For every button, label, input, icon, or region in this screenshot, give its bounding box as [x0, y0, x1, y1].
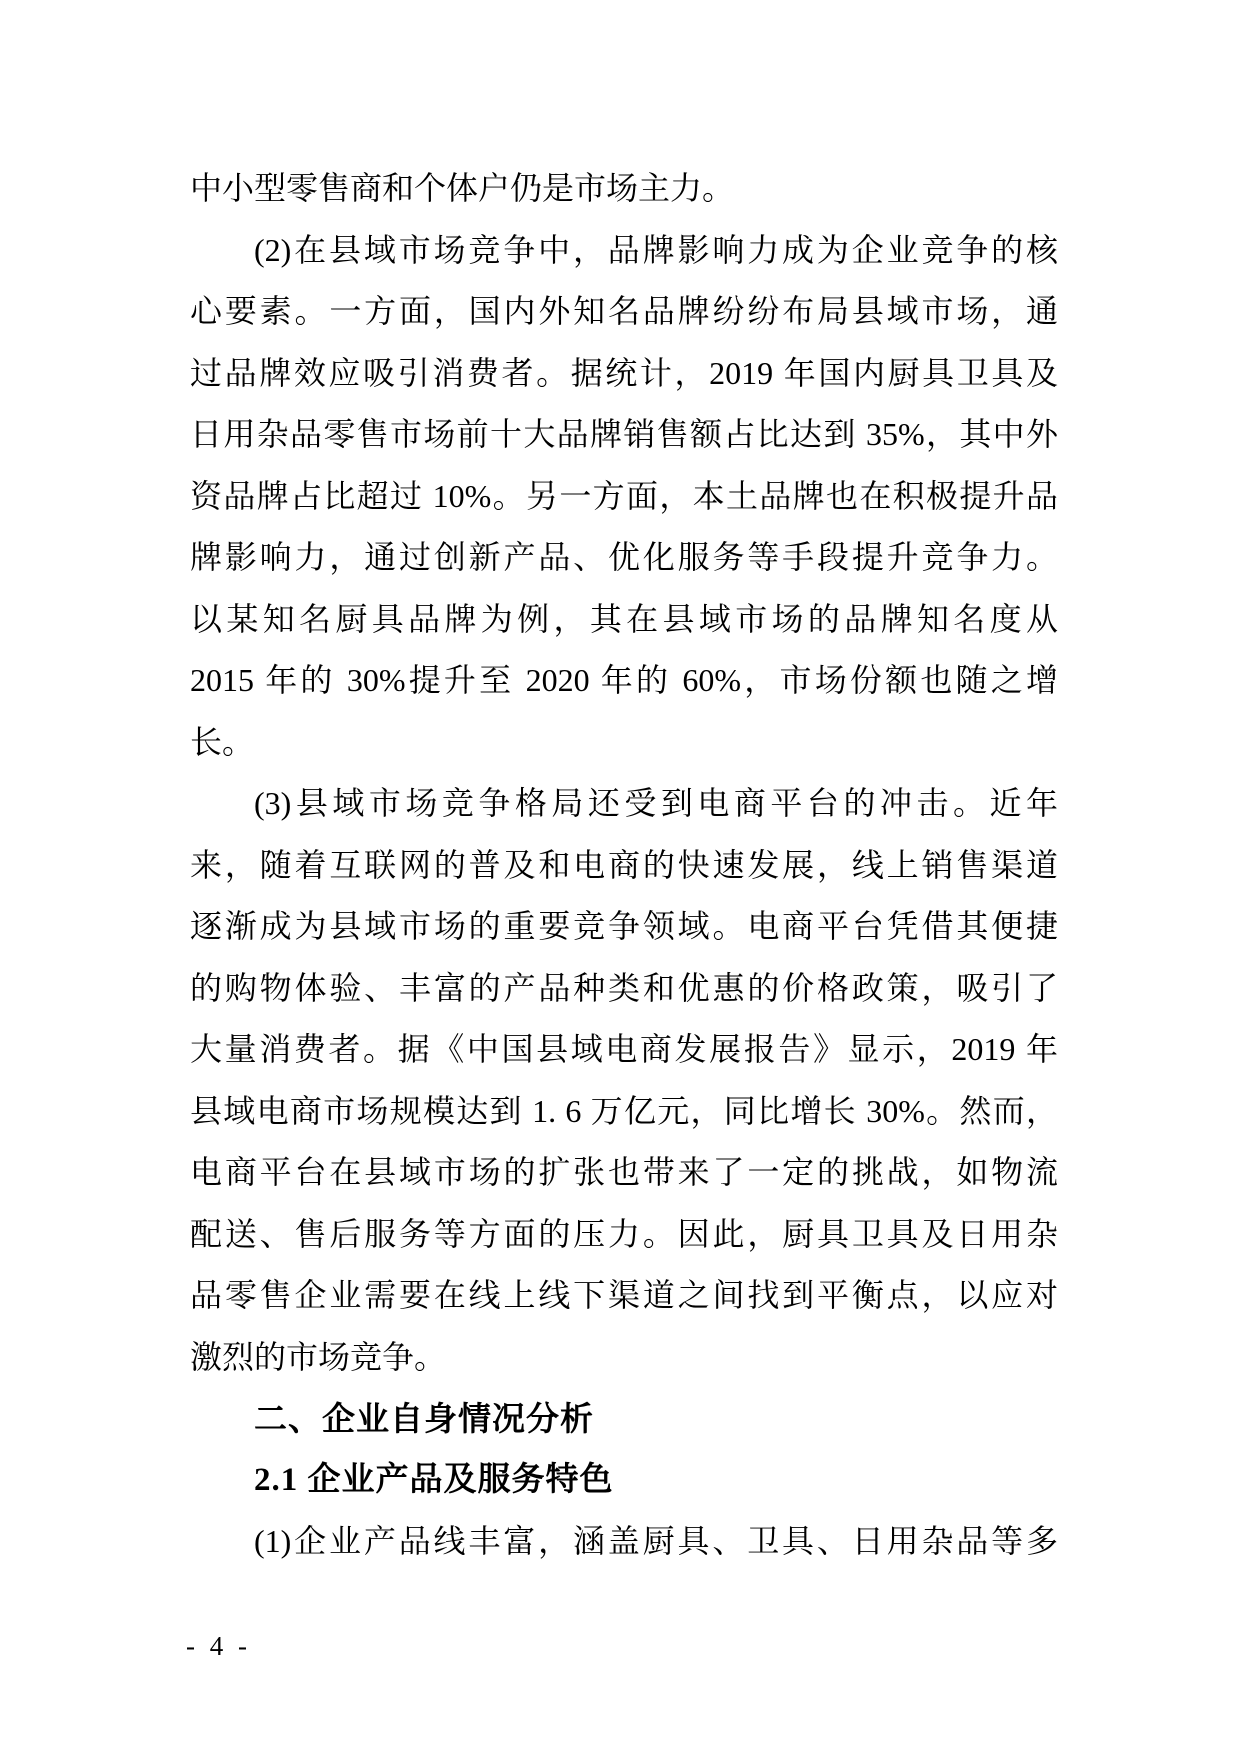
text-line: (1)企业产品线丰富，涵盖厨具、卫具、日用杂品等多	[190, 1511, 1058, 1573]
text-line: 电商平台在县域市场的扩张也带来了一定的挑战，如物流	[190, 1142, 1058, 1204]
text-line: 2015 年的 30%提升至 2020 年的 60%，市场份额也随之增	[190, 650, 1058, 712]
text-line: 牌影响力，通过创新产品、优化服务等手段提升竞争力。	[190, 527, 1058, 589]
text-line: (2)在县域市场竞争中，品牌影响力成为企业竞争的核	[190, 220, 1058, 282]
text-content: 中小型零售商和个体户仍是市场主力。(2)在县域市场竞争中，品牌影响力成为企业竞争…	[190, 158, 1058, 1573]
text-line: 品零售企业需要在线上线下渠道之间找到平衡点，以应对	[190, 1265, 1058, 1327]
text-line: 心要素。一方面，国内外知名品牌纷纷布局县域市场，通	[190, 281, 1058, 343]
text-line: 的购物体验、丰富的产品种类和优惠的价格政策，吸引了	[190, 958, 1058, 1020]
text-line: 激烈的市场竞争。	[190, 1327, 1058, 1389]
text-line: 大量消费者。据《中国县域电商发展报告》显示，2019 年	[190, 1019, 1058, 1081]
text-line: 过品牌效应吸引消费者。据统计，2019 年国内厨具卫具及	[190, 343, 1058, 405]
text-line: 县域电商市场规模达到 1. 6 万亿元，同比增长 30%。然而，	[190, 1081, 1058, 1143]
text-line: 中小型零售商和个体户仍是市场主力。	[190, 158, 1058, 220]
document-page: 中小型零售商和个体户仍是市场主力。(2)在县域市场竞争中，品牌影响力成为企业竞争…	[0, 0, 1240, 1753]
page-number: - 4 -	[186, 1630, 251, 1662]
text-line: 长。	[190, 712, 1058, 774]
text-line: 资品牌占比超过 10%。另一方面，本土品牌也在积极提升品	[190, 466, 1058, 528]
section-heading: 二、企业自身情况分析	[190, 1388, 1058, 1450]
text-line: 以某知名厨具品牌为例，其在县域市场的品牌知名度从	[190, 589, 1058, 651]
text-line: 日用杂品零售市场前十大品牌销售额占比达到 35%，其中外	[190, 404, 1058, 466]
text-line: 配送、售后服务等方面的压力。因此，厨具卫具及日用杂	[190, 1204, 1058, 1266]
text-line: (3)县域市场竞争格局还受到电商平台的冲击。近年	[190, 773, 1058, 835]
text-line: 逐渐成为县域市场的重要竞争领域。电商平台凭借其便捷	[190, 896, 1058, 958]
subsection-heading: 2.1 企业产品及服务特色	[190, 1450, 1058, 1512]
text-line: 来，随着互联网的普及和电商的快速发展，线上销售渠道	[190, 835, 1058, 897]
